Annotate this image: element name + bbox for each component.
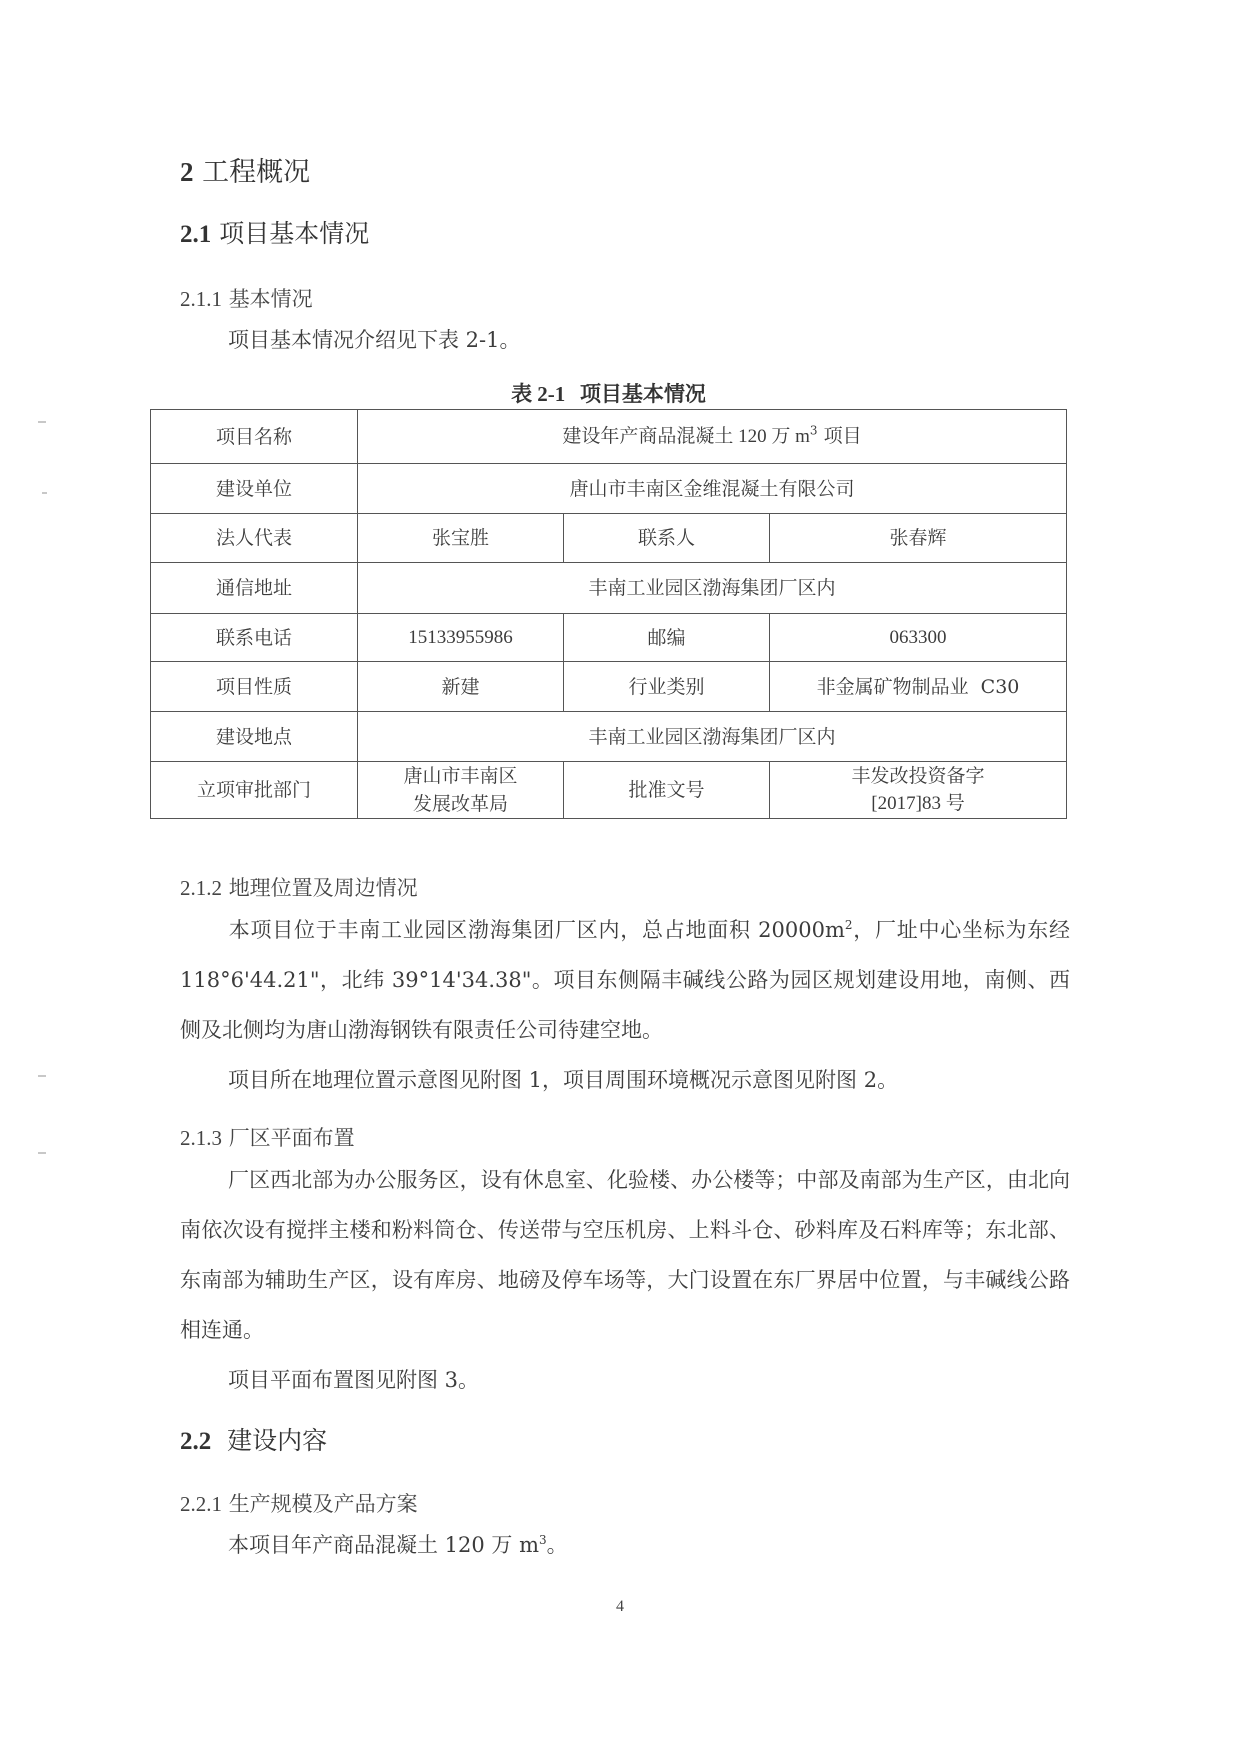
subsection-title: 基本情况 xyxy=(229,287,313,311)
table-row: 项目性质 新建 行业类别 非金属矿物制品业 C30 xyxy=(151,662,1067,712)
superscript: 3 xyxy=(539,1533,547,1547)
subsection-number: 2.1.2 xyxy=(180,876,222,900)
scan-mark xyxy=(42,492,47,494)
chapter-title: 工程概况 xyxy=(202,157,310,188)
location-text: 本项目位于丰南工业园区渤海集团厂区内，总占地面积 20000m xyxy=(228,918,845,942)
subsection-heading-2-1-1: 2.1.1 基本情况 xyxy=(180,283,313,313)
subsection-number: 2.1.3 xyxy=(180,1126,222,1150)
project-name: 建设年产商品混凝土 120 万 m xyxy=(562,426,810,447)
cell-value: 15133955986 xyxy=(358,614,564,662)
table-row: 联系电话 15133955986 邮编 063300 xyxy=(151,614,1067,662)
cell-label: 通信地址 xyxy=(151,563,358,614)
chapter-heading: 2 工程概况 xyxy=(180,150,310,189)
section-heading-2-2: 2.2 建设内容 xyxy=(180,1421,327,1457)
subsection-heading-2-2-1: 2.2.1 生产规模及产品方案 xyxy=(180,1488,418,1518)
table-caption-title: 项目基本情况 xyxy=(580,381,706,406)
production-text-end: 。 xyxy=(547,1533,568,1557)
subsection-number: 2.2.1 xyxy=(180,1492,222,1516)
superscript: 2 xyxy=(845,918,853,932)
scan-mark xyxy=(38,1075,46,1077)
intro-text: 项目基本情况介绍见下表 2-1。 xyxy=(228,328,521,352)
table-row: 建设单位 唐山市丰南区金维混凝土有限公司 xyxy=(151,464,1067,514)
cell-value: 唐山市丰南区 发展改革局 xyxy=(358,762,564,819)
scan-mark xyxy=(38,421,46,423)
cell-value: 丰南工业园区渤海集团厂区内 xyxy=(358,563,1067,614)
production-text: 本项目年产商品混凝土 120 万 m xyxy=(228,1533,539,1557)
table-row: 项目名称 建设年产商品混凝土 120 万 m3 项目 xyxy=(151,410,1067,464)
cell-value: 丰南工业园区渤海集团厂区内 xyxy=(358,712,1067,762)
subsection-number: 2.1.1 xyxy=(180,287,222,311)
subsection-heading-2-1-3: 2.1.3 厂区平面布置 xyxy=(180,1122,355,1152)
cell-label: 建设地点 xyxy=(151,712,358,762)
cell-line: 唐山市丰南区 xyxy=(362,762,559,790)
cell-value: 张宝胜 xyxy=(358,514,564,563)
superscript: 3 xyxy=(810,424,818,438)
cell-label: 法人代表 xyxy=(151,514,358,563)
chapter-number: 2 xyxy=(180,157,194,187)
cell-label: 行业类别 xyxy=(564,662,770,712)
page-number: 4 xyxy=(0,1598,1240,1616)
layout-paragraph: 厂区西北部为办公服务区，设有休息室、化验楼、办公楼等；中部及南部为生产区，由北向… xyxy=(180,1155,1070,1355)
section-number: 2.2 xyxy=(180,1428,211,1455)
location-figures-paragraph: 项目所在地理位置示意图见附图 1，项目周围环境概况示意图见附图 2。 xyxy=(180,1055,1070,1105)
cell-label: 邮编 xyxy=(564,614,770,662)
cell-line: 丰发改投资备字 xyxy=(774,762,1062,790)
subsection-heading-2-1-2: 2.1.2 地理位置及周边情况 xyxy=(180,872,418,902)
table-row: 立项审批部门 唐山市丰南区 发展改革局 批准文号 丰发改投资备字 [2017]8… xyxy=(151,762,1067,819)
cell-label: 联系人 xyxy=(564,514,770,563)
subsection-title: 地理位置及周边情况 xyxy=(229,876,418,900)
cell-line: [2017]83 号 xyxy=(774,790,1062,818)
section-heading-2-1: 2.1 项目基本情况 xyxy=(180,214,369,250)
cell-value: 唐山市丰南区金维混凝土有限公司 xyxy=(358,464,1067,514)
layout-text: 厂区西北部为办公服务区，设有休息室、化验楼、办公楼等；中部及南部为生产区，由北向… xyxy=(180,1168,1070,1342)
cell-label: 立项审批部门 xyxy=(151,762,358,819)
table-caption-number: 表 2-1 xyxy=(511,382,565,406)
production-paragraph: 本项目年产商品混凝土 120 万 m3。 xyxy=(180,1520,1070,1570)
layout-figure-paragraph: 项目平面布置图见附图 3。 xyxy=(180,1355,1070,1405)
section-title: 项目基本情况 xyxy=(219,219,369,248)
cell-value: 新建 xyxy=(358,662,564,712)
table-row: 建设地点 丰南工业园区渤海集团厂区内 xyxy=(151,712,1067,762)
subsection-title: 厂区平面布置 xyxy=(229,1126,355,1150)
cell-label: 建设单位 xyxy=(151,464,358,514)
cell-label: 项目名称 xyxy=(151,410,358,464)
table-caption: 表 2-1 项目基本情况 xyxy=(150,378,1067,408)
cell-value: 063300 xyxy=(770,614,1067,662)
cell-value: 张春辉 xyxy=(770,514,1067,563)
section-title: 建设内容 xyxy=(227,1426,327,1455)
cell-label: 批准文号 xyxy=(564,762,770,819)
layout-figure-text: 项目平面布置图见附图 3。 xyxy=(228,1368,479,1392)
scan-mark xyxy=(38,1152,46,1154)
section-number: 2.1 xyxy=(180,221,211,248)
intro-paragraph: 项目基本情况介绍见下表 2-1。 xyxy=(180,315,1070,365)
location-figures-text: 项目所在地理位置示意图见附图 1，项目周围环境概况示意图见附图 2。 xyxy=(228,1068,898,1092)
cell-value: 建设年产商品混凝土 120 万 m3 项目 xyxy=(358,410,1067,464)
cell-value: 丰发改投资备字 [2017]83 号 xyxy=(770,762,1067,819)
project-name-tail: 项目 xyxy=(818,425,862,447)
cell-label: 联系电话 xyxy=(151,614,358,662)
table-row: 通信地址 丰南工业园区渤海集团厂区内 xyxy=(151,563,1067,614)
subsection-title: 生产规模及产品方案 xyxy=(229,1492,418,1516)
cell-value: 非金属矿物制品业 C30 xyxy=(770,662,1067,712)
location-paragraph: 本项目位于丰南工业园区渤海集团厂区内，总占地面积 20000m2，厂址中心坐标为… xyxy=(180,905,1070,1055)
project-info-table: 项目名称 建设年产商品混凝土 120 万 m3 项目 建设单位 唐山市丰南区金维… xyxy=(150,409,1067,819)
table-row: 法人代表 张宝胜 联系人 张春辉 xyxy=(151,514,1067,563)
cell-label: 项目性质 xyxy=(151,662,358,712)
cell-line: 发展改革局 xyxy=(362,790,559,818)
